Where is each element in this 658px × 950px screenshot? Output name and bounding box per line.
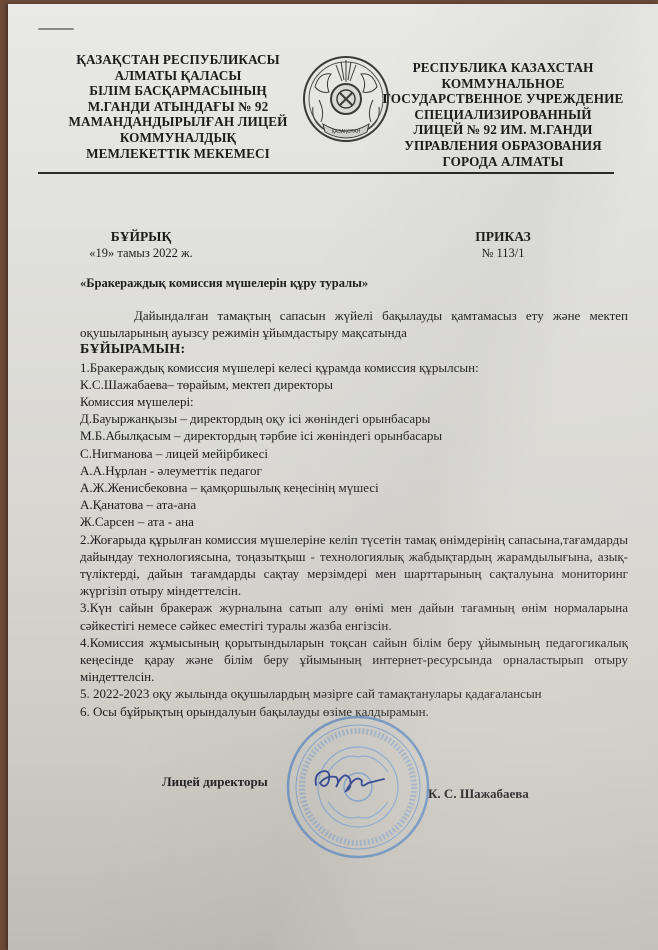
header-ru-line: РЕСПУБЛИКА КАЗАХСТАН (378, 60, 628, 76)
order-kz-block: БҰЙРЫҚ «19» тамыз 2022 ж. (81, 229, 201, 261)
member: Ж.Сарсен – ата - ана (80, 513, 628, 530)
member: А.Ж.Женисбековна – қамқоршылық кеңесінің… (80, 479, 628, 496)
item-1: 1.Бракераждық комиссия мүшелері келесі қ… (80, 359, 628, 376)
members-label: Комиссия мүшелері: (80, 393, 628, 410)
header-kz-line: БІЛІМ БАСҚАРМАСЫНЫҢ (48, 83, 308, 99)
header-ru-line: СПЕЦИАЛИЗИРОВАННЫЙ (378, 107, 628, 123)
header-kz-line: АЛМАТЫ ҚАЛАСЫ (48, 68, 308, 84)
header-ru-line: УПРАВЛЕНИЯ ОБРАЗОВАНИЯ (378, 138, 628, 154)
header-russian: РЕСПУБЛИКА КАЗАХСТАН КОММУНАЛЬНОЕ ГОСУДА… (378, 60, 628, 169)
order-title-ru: ПРИКАЗ (448, 229, 558, 245)
commission-chair: К.С.Шажабаева– төрайым, мектеп директоры (80, 376, 628, 393)
signatory-name: К. С. Шажабаева (428, 786, 529, 802)
header-kz-line: М.ГАНДИ АТЫНДАҒЫ № 92 (48, 99, 308, 115)
header-divider (38, 172, 614, 174)
item-5: 5. 2022-2023 оқу жылында оқушылардың мәз… (80, 685, 628, 702)
order-date: «19» тамыз 2022 ж. (81, 245, 201, 261)
header-ru-line: ГОСУДАРСТВЕННОЕ УЧРЕЖДЕНИЕ (378, 91, 628, 107)
item-4: 4.Комиссия жұмысының қорытындыларын тоқс… (80, 634, 628, 686)
header-ru-line: ГОРОДА АЛМАТЫ (378, 154, 628, 170)
svg-text:ҚАЗАҚСТАН: ҚАЗАҚСТАН (332, 129, 361, 135)
member: М.Б.Абылқасым – директордың тәрбие ісі ж… (80, 427, 628, 444)
item-3: 3.Күн сайын бракераж журналына сатып алу… (80, 599, 628, 633)
header-kz-line: ҚАЗАҚСТАН РЕСПУБЛИКАСЫ (48, 52, 308, 68)
header-kazakh: ҚАЗАҚСТАН РЕСПУБЛИКАСЫ АЛМАТЫ ҚАЛАСЫ БІЛ… (48, 52, 308, 161)
intro-paragraph: Дайындалған тамақтың сапасын жүйелі бақы… (80, 307, 628, 341)
header-ru-line: КОММУНАЛЬНОЕ (378, 76, 628, 92)
order-number: № 113/1 (448, 245, 558, 261)
item-2: 2.Жоғарыда құрылған комиссия мүшелеріне … (80, 531, 628, 600)
header-kz-line: КОММУНАЛДЫҚ (48, 130, 308, 146)
order-title-kz: БҰЙРЫҚ (81, 229, 201, 245)
order-heading: БҰЙЫРАМЫН: (80, 341, 628, 358)
member: А.А.Нұрлан - әлеуметтік педагог (80, 462, 628, 479)
member: А.Қанатова – ата-ана (80, 496, 628, 513)
order-ru-block: ПРИКАЗ № 113/1 (448, 229, 558, 261)
signatory-position: Лицей директоры (162, 774, 268, 790)
order-body: Дайындалған тамақтың сапасын жүйелі бақы… (80, 307, 628, 720)
header-ru-line: ЛИЦЕЙ № 92 ИМ. М.ГАНДИ (378, 122, 628, 138)
member: Д.Бауыржанқызы – директордың оқу ісі жөн… (80, 410, 628, 427)
staple-mark (38, 28, 74, 30)
order-subject: «Бракераждық комиссия мүшелерін құру тур… (80, 276, 368, 291)
document-page: ҚАЗАҚСТАН РЕСПУБЛИКАСЫ АЛМАТЫ ҚАЛАСЫ БІЛ… (8, 4, 658, 950)
header-kz-line: МАМАНДАНДЫРЫЛҒАН ЛИЦЕЙ (48, 114, 308, 130)
signature-block: Лицей директоры К. С. Шажабаева (8, 774, 658, 794)
member: С.Нигманова – лицей мейірбикесі (80, 445, 628, 462)
header-kz-line: МЕМЛЕКЕТТІК МЕКЕМЕСІ (48, 146, 308, 162)
